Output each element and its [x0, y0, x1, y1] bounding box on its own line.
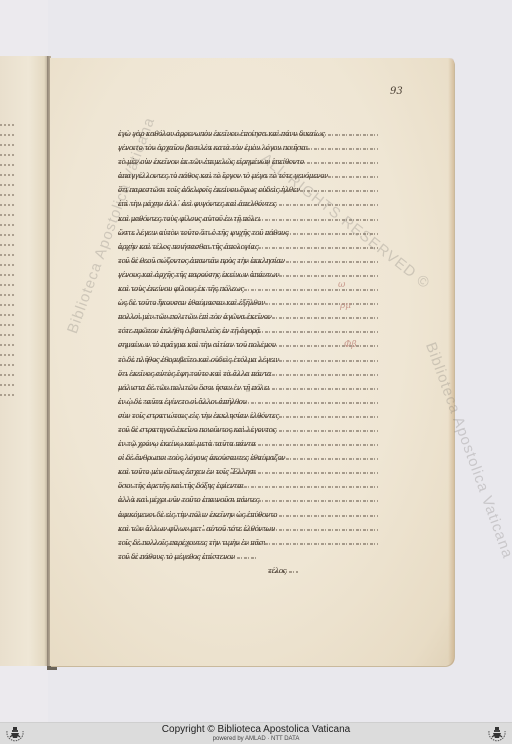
copyright-text: Copyright © Biblioteca Apostolica Vatica… — [0, 724, 512, 735]
text-line: ἐγὼ γὰρ καθόλου ἀρρενωπὸν ἐκεῖνον ἐποίησ… — [118, 130, 378, 140]
text-line: καὶ τῶν ἄλλων φίλων μετ᾽ αὐτοῦ τότε ἐλθό… — [118, 525, 378, 535]
copyright-footer: Copyright © Biblioteca Apostolica Vatica… — [0, 722, 512, 744]
powered-by-text: powered by AMLAD · NTT DATA — [0, 736, 512, 742]
marginal-note: ρμ — [340, 301, 351, 311]
text-line: ἀλλὰ καὶ μέχρι νῦν τοῦτο ἐπαινοῦσι πάντε… — [118, 496, 378, 506]
text-line: τότε πρῶτον ἐκλήθη ὁ βασιλεὺς ἐν τῇ ἀγορ… — [118, 327, 378, 337]
vatican-emblem-icon — [486, 725, 508, 743]
text-line: ἀφικόμενοι δὲ εἰς τὴν πόλιν ἐκεῖνην ὡς ἐ… — [118, 511, 378, 521]
marginal-note: Φβ — [344, 340, 357, 350]
text-line: ὅσοι τῆς ἀρετῆς καὶ τῆς δόξης ἐφίενται — [118, 482, 378, 492]
marginal-note: ω — [338, 280, 345, 290]
manuscript-page: 93 ἐγὼ γὰρ καθόλου ἀρρενωπὸν ἐκεῖνον ἐπο… — [50, 58, 454, 666]
greek-text-block: ἐγὼ γὰρ καθόλου ἀρρενωπὸν ἐκεῖνον ἐποίησ… — [118, 130, 378, 581]
text-line: ὅτι παρεστῶσι τοῖς ἀδελφοῖς ἐκείνου ὅμως… — [118, 186, 378, 196]
text-line: τὸ μὲν οὖν ἐκεῖνον ἐκ τῶν ἐπιμελῶς εἰρημ… — [118, 158, 378, 168]
folio-number: 93 — [390, 86, 403, 97]
binding-edge — [47, 666, 57, 670]
text-line: ὡς δὲ τοῦτο ἤκουσαν ἐθαύμασαν καὶ ἐξῆλθο… — [118, 299, 378, 309]
text-line: σὺν τοῖς στρατιώταις εἰς τὴν ἐκκλησίαν ἐ… — [118, 412, 378, 422]
text-line: τοῦ δὲ στρατηγοῦ ἐκεῖνο ποιοῦντος καὶ λέ… — [118, 426, 378, 436]
text-line: πολλοὶ μὲν τῶν πολιτῶν ἐπὶ τὸν ἀγῶνα ἐκε… — [118, 313, 378, 323]
text-line: ἀπαγγέλλοντες τὸ πάθος καὶ τὸ ἔργον τὸ μ… — [118, 172, 378, 182]
text-line: τὸ δὲ πλῆθος ἐθορυβεῖτο καὶ οὐδεὶς ἐτόλμ… — [118, 356, 378, 366]
text-line: ὥστε λέγειν αὐτὸν τοῦτο ὅτι ὁ τῆς ψυχῆς … — [118, 229, 378, 239]
left-page-text-fragments — [0, 116, 20, 404]
text-line: ὅτι ἐκεῖνος αὐτὸς ἔφη τοῦτο καὶ τὰ ἄλλα … — [118, 370, 378, 380]
text-line: τοῦ δὲ θεοῦ σώζοντος ἀπαντᾶν πρὸς τὴν ἐκ… — [118, 257, 378, 267]
text-line: ἀρχὴν καὶ τέλος ποιήσασθαι τῆς ἀπολογίας — [118, 243, 378, 253]
text-line: τοῖς δὲ πολλοῖς παρέχοντες τὴν τιμὴν ἐν … — [118, 539, 378, 549]
text-line: καὶ τοῦτο μὲν οὕτως ἔσχεν ἐν τοῖς Ἕλλησι — [118, 468, 378, 478]
text-line: μάλιστα δὲ τῶν πολιτῶν ὅσοι ἦσαν ἐν τῇ π… — [118, 384, 378, 394]
text-line: τοῦ δὲ πάθους τὸ μέγεθος ἐπίστευον — [118, 553, 258, 563]
left-page-fragment — [0, 56, 49, 666]
text-line: ἐν ᾧ δὲ ταῦτα ἐγίνετο οἱ ἄλλοι ἀπῆλθον — [118, 398, 378, 408]
text-line: σημαίνων τὸ πρᾶγμα καὶ τὴν αἰτίαν τοῦ πο… — [118, 341, 378, 351]
text-line: τέλος — [268, 567, 298, 577]
text-line: οἱ δὲ ἄνθρωποι τοὺς λόγους ἀκούσαντες ἐθ… — [118, 454, 378, 464]
text-line: ἐν τῷ χρόνῳ ἐκείνῳ καὶ μετὰ ταῦτα πάντα — [118, 440, 378, 450]
text-line: γένοιτο τὸν ἀρχαῖον βασιλέα κατὰ τὸν ἐμὸ… — [118, 144, 378, 154]
manuscript-viewer[interactable]: 93 ἐγὼ γὰρ καθόλου ἀρρενωπὸν ἐκεῖνον ἐπο… — [0, 0, 512, 722]
